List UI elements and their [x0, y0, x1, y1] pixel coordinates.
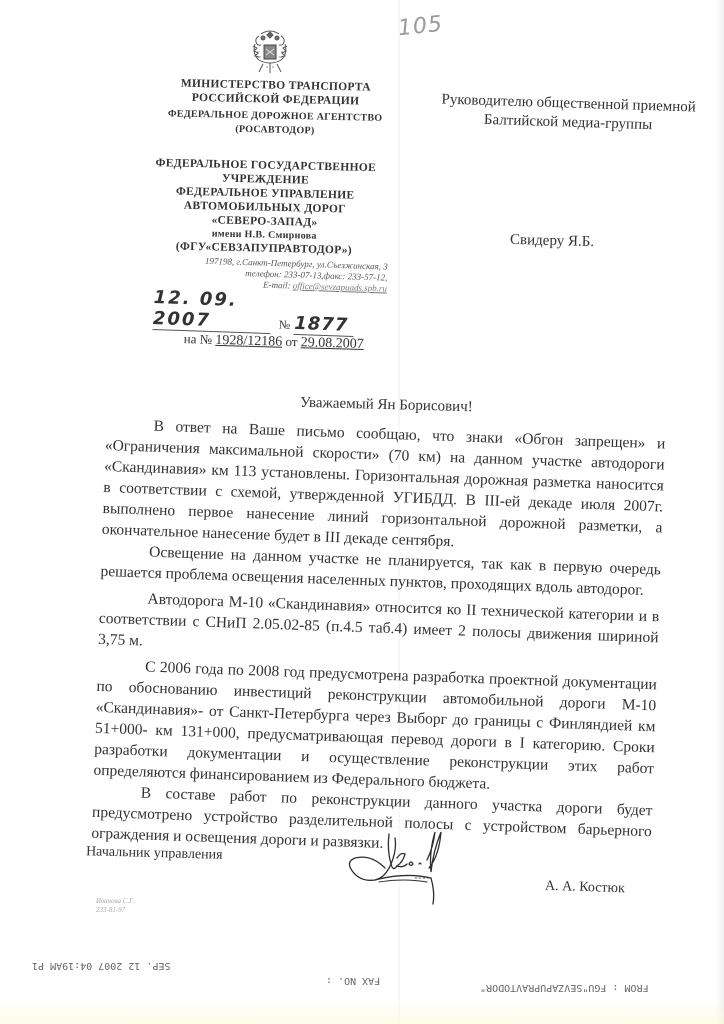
organization-letterhead: ФЕДЕРАЛЬНОЕ ГОСУДАРСТВЕННОЕ УЧРЕЖДЕНИЕ Ф…	[148, 156, 382, 258]
scan-edge-shadow	[716, 0, 724, 1024]
signer-name: А. А. Костюк	[545, 879, 625, 898]
reference-date: 29.08.2007	[301, 335, 364, 352]
letter-body: В ответ на Ваше письмо сообщаю, что знак…	[91, 414, 666, 863]
fax-date: SEP. 12 2007 04:19AM P1	[32, 960, 170, 971]
reference-prefix: на №	[184, 331, 213, 347]
handwritten-signature-icon	[345, 828, 475, 908]
registration-number-label: №	[279, 317, 291, 331]
salutation: Уважаемый Ян Борисович!	[300, 395, 473, 417]
body-paragraph: В ответ на Ваше письмо сообщаю, что знак…	[102, 414, 666, 559]
recipient-name: Свидеру Я.Б.	[510, 232, 594, 251]
ministry-letterhead: МИНИСТЕРСТВО ТРАНСПОРТА РОССИЙСКОЙ ФЕДЕР…	[149, 76, 402, 140]
executor-phone: 233-81-97	[96, 906, 134, 915]
reference-line: на № 1928/12186 от 29.08.2007	[184, 331, 364, 353]
fax-transmission-header: SEP. 12 2007 04:19AM P1 FAX NO. : FROM :…	[0, 960, 724, 1010]
letter-page: 105 МИНИСТЕРСТВО ТРАНСПОРТА РОССИЙСКОЙ Ф…	[0, 0, 724, 1024]
email-label: E-mail:	[263, 280, 293, 291]
executor-info: Иванова С.Г. 233-81-97	[96, 897, 134, 915]
registration-date: 12. 09. 2007	[152, 287, 271, 334]
archive-number-handwritten: 105	[397, 12, 444, 42]
reference-from-label: от	[285, 334, 297, 349]
signer-position: Начальник управления	[86, 844, 223, 864]
fax-sender: FROM : FGU"SEVZAPUPRAVTODOR"	[480, 982, 649, 993]
body-paragraph: С 2006 года по 2008 год предусмотрена ра…	[93, 655, 657, 800]
reference-number: 1928/12186	[215, 333, 282, 350]
recipient-title: Руководителю общественной приемной Балти…	[423, 90, 714, 137]
russian-coat-of-arms-icon	[249, 26, 291, 78]
fax-number: FAX NO. :	[326, 975, 380, 986]
executor-name: Иванова С.Г.	[96, 897, 134, 906]
